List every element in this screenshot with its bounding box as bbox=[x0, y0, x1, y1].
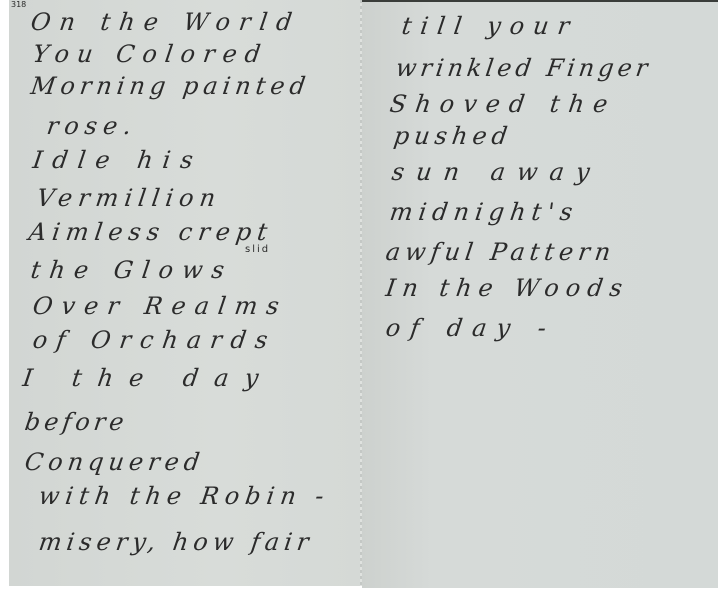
manuscript-line: of Orchards bbox=[31, 326, 278, 354]
manuscript-line: with the Robin - bbox=[37, 482, 332, 510]
manuscript-line: awful Pattern bbox=[384, 238, 617, 266]
manuscript-line: Vermillion bbox=[35, 184, 223, 212]
manuscript-line: Morning painted bbox=[29, 72, 312, 100]
manuscript-line: sun away bbox=[390, 158, 604, 186]
manuscript-line: On the World bbox=[29, 8, 303, 36]
manuscript-line: of day - bbox=[384, 314, 558, 342]
manuscript-line: pushed bbox=[392, 122, 514, 150]
marginal-annotation: slid bbox=[245, 244, 270, 255]
left-page: 318 On the World You Colored Morning pai… bbox=[9, 0, 361, 586]
manuscript-line: In the Woods bbox=[384, 274, 631, 302]
manuscript-line: midnight's bbox=[388, 198, 580, 226]
manuscript-sheet: 318 On the World You Colored Morning pai… bbox=[9, 0, 718, 586]
manuscript-line: rose. bbox=[45, 112, 139, 140]
manuscript-line: misery, how fair bbox=[37, 528, 315, 556]
manuscript-line: Conquered bbox=[23, 448, 206, 476]
manuscript-line: the Glows bbox=[29, 256, 235, 284]
manuscript-line: Idle his bbox=[31, 146, 205, 174]
manuscript-line: Shoved the bbox=[388, 90, 618, 118]
manuscript-line: Over Realms bbox=[31, 292, 290, 320]
manuscript-line: You Colored bbox=[31, 40, 270, 68]
manuscript-line: wrinkled Finger bbox=[394, 54, 653, 82]
page-number: 318 bbox=[11, 0, 26, 9]
manuscript-line: before bbox=[23, 408, 130, 436]
manuscript-line: till your bbox=[400, 12, 580, 40]
manuscript-line: Aimless crept bbox=[27, 218, 275, 246]
manuscript-line: I the day bbox=[21, 364, 276, 392]
right-page: till your wrinkled Finger Shoved the pus… bbox=[362, 0, 718, 588]
